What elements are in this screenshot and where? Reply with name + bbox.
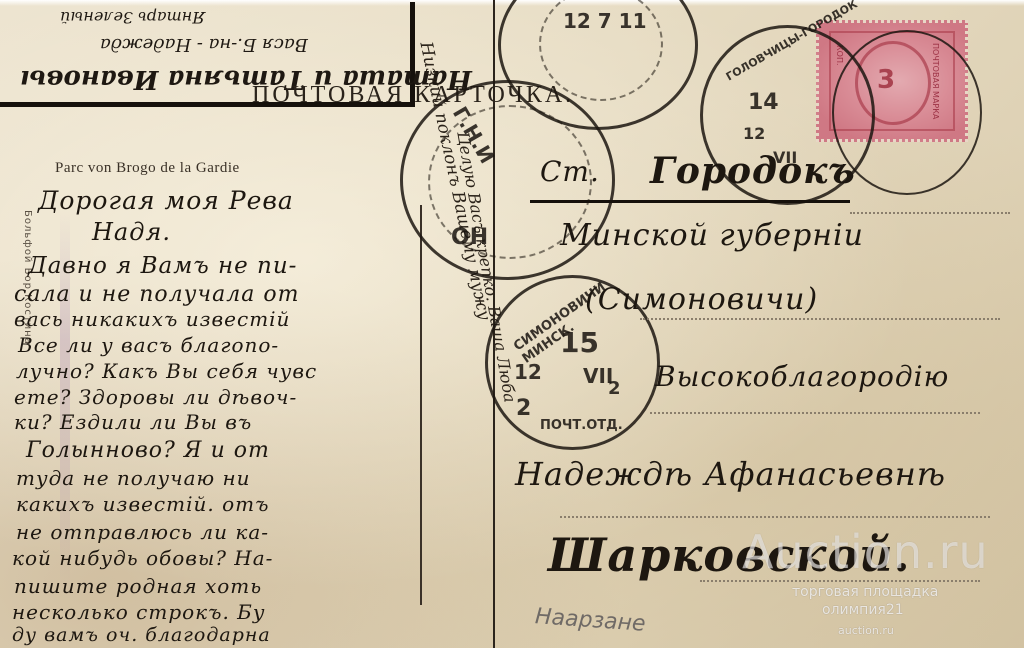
address-honorific: Высокоблагородію bbox=[655, 360, 949, 393]
message-line: Голынново? Я и от bbox=[26, 438, 270, 463]
watermark-logo: Auction.ru bbox=[742, 525, 989, 579]
watermark-line-1: торговая площадка bbox=[792, 584, 938, 600]
message-line: ду вамъ оч. благодарна bbox=[12, 624, 271, 646]
message-line: Давно я Вамъ не пи- bbox=[28, 253, 297, 279]
address-village: (Симоновичи) bbox=[585, 282, 818, 317]
message-line: несколько строкъ. Бу bbox=[12, 600, 265, 624]
postmark-bottom-label: ПОЧТ.ОТД. bbox=[540, 418, 623, 433]
address-line-3 bbox=[650, 412, 980, 414]
message-column-line bbox=[420, 205, 422, 605]
postmark-right-day: 14 bbox=[748, 90, 779, 115]
upside-note-line-2: Вася Б.-на - Надежда bbox=[100, 34, 308, 55]
postmark-right-ring: ГОЛОВЧИЦЫ-ГОРОДОК bbox=[724, 0, 860, 83]
address-recipient-name: Надеждѣ Афанасьевнѣ bbox=[515, 455, 946, 493]
message-name: Надя. bbox=[92, 218, 171, 246]
message-line: сала и не получала от bbox=[14, 282, 299, 307]
address-underline bbox=[530, 200, 850, 203]
postmark-bottom-num: 2 bbox=[516, 396, 531, 421]
watermark-line-3: auction.ru bbox=[838, 624, 894, 637]
postmark-bottom-side: 2 bbox=[608, 378, 621, 399]
address-line-5 bbox=[700, 580, 980, 582]
postcard: Янтарь Зеленый Вася Б.-на - Надежда Ната… bbox=[0, 0, 1024, 648]
message-line: какихъ известій. отъ bbox=[16, 492, 269, 516]
message-line: кой нибудь обовы? На- bbox=[12, 546, 273, 570]
address-town: Городокъ bbox=[650, 150, 856, 192]
postmark-left-letters: ОН bbox=[451, 225, 488, 250]
message-line: вась никакихъ известій bbox=[14, 307, 290, 331]
address-province: Минской губерніи bbox=[560, 218, 864, 253]
pencil-note: Наарзане bbox=[534, 604, 646, 637]
address-line-1 bbox=[850, 212, 1010, 214]
message-line: лучно? Какъ Вы себя чувс bbox=[16, 359, 317, 383]
upside-note-line-3: Янтарь Зеленый bbox=[60, 8, 205, 27]
address-line-2 bbox=[640, 318, 1000, 320]
watermark-line-2: олимпия21 bbox=[822, 602, 904, 618]
postmark-top-date: 12 7 11 bbox=[563, 9, 647, 33]
message-line: Все ли у васъ благопо- bbox=[18, 333, 279, 357]
printed-caption: Parc von Brogo de la Gardie bbox=[55, 160, 240, 177]
postmark-bottom-day: 15 bbox=[560, 326, 599, 359]
message-line: ете? Здоровы ли дѣвоч- bbox=[14, 385, 297, 409]
postmark-right-year: 12 bbox=[743, 124, 765, 143]
postmark-bottom-year: 12 bbox=[514, 360, 542, 384]
address-prefix: Ст. bbox=[540, 155, 600, 188]
message-greeting: Дорогая моя Рева bbox=[38, 186, 294, 215]
message-line: туда не получаю ни bbox=[16, 466, 251, 490]
message-line: ки? Ездили ли Вы въ bbox=[14, 410, 252, 434]
message-line: не отправлюсь ли ка- bbox=[16, 520, 269, 544]
message-line: пишите родная хоть bbox=[14, 574, 262, 598]
address-line-4 bbox=[560, 516, 990, 518]
